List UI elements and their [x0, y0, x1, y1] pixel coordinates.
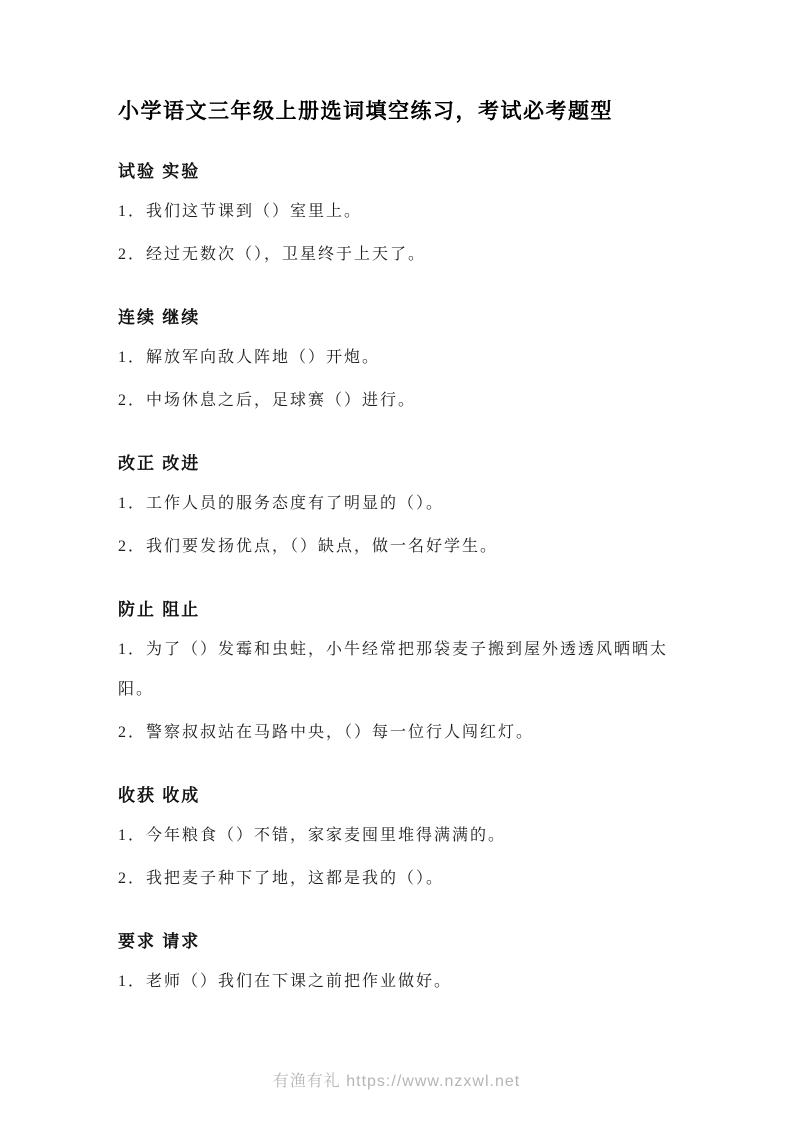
- exercise-sentence: 1．我们这节课到（）室里上。: [118, 192, 678, 232]
- exercise-sentence: 2．经过无数次（），卫星终于上天了。: [118, 235, 678, 275]
- exercise-sentence: 2．中场休息之后，足球赛（）进行。: [118, 381, 678, 421]
- exercise-sentence: 1．老师（）我们在下课之前把作业做好。: [118, 962, 678, 1002]
- worksheet-page: 小学语文三年级上册选词填空练习，考试必考题型 试验 实验 1．我们这节课到（）室…: [0, 0, 793, 1122]
- exercise-sentence: 1．工作人员的服务态度有了明显的（）。: [118, 484, 678, 524]
- exercise-section-gaizheng: 改正 改进 1．工作人员的服务态度有了明显的（）。 2．我们要发扬优点，（）缺点…: [118, 444, 678, 567]
- exercise-section-shiyan: 试验 实验 1．我们这节课到（）室里上。 2．经过无数次（），卫星终于上天了。: [118, 152, 678, 275]
- word-pair-heading: 防止 阻止: [118, 590, 678, 630]
- watermark-footer: 有渔有礼 https://www.nzxwl.net: [0, 1072, 793, 1092]
- exercise-section-yaoqiu: 要求 请求 1．老师（）我们在下课之前把作业做好。: [118, 922, 678, 1002]
- word-pair-heading: 试验 实验: [118, 152, 678, 192]
- exercise-section-fangzhi: 防止 阻止 1．为了（）发霉和虫蛀，小牛经常把那袋麦子搬到屋外透透风晒晒太阳。 …: [118, 590, 678, 753]
- page-content: 小学语文三年级上册选词填空练习，考试必考题型 试验 实验 1．我们这节课到（）室…: [0, 0, 793, 1002]
- word-pair-heading: 改正 改进: [118, 444, 678, 484]
- word-pair-heading: 连续 继续: [118, 298, 678, 338]
- exercise-sentence: 2．警察叔叔站在马路中央，（）每一位行人闯红灯。: [118, 713, 678, 753]
- exercise-sentence: 1．今年粮食（）不错，家家麦囤里堆得满满的。: [118, 816, 678, 856]
- page-title: 小学语文三年级上册选词填空练习，考试必考题型: [118, 95, 678, 127]
- exercise-section-shouhuo: 收获 收成 1．今年粮食（）不错，家家麦囤里堆得满满的。 2．我把麦子种下了地，…: [118, 776, 678, 899]
- exercise-sentence: 2．我把麦子种下了地，这都是我的（）。: [118, 859, 678, 899]
- exercise-sentence: 1．解放军向敌人阵地（）开炮。: [118, 338, 678, 378]
- word-pair-heading: 要求 请求: [118, 922, 678, 962]
- exercise-sentence: 1．为了（）发霉和虫蛀，小牛经常把那袋麦子搬到屋外透透风晒晒太阳。: [118, 630, 678, 710]
- word-pair-heading: 收获 收成: [118, 776, 678, 816]
- exercise-section-lianxu: 连续 继续 1．解放军向敌人阵地（）开炮。 2．中场休息之后，足球赛（）进行。: [118, 298, 678, 421]
- exercise-sentence: 2．我们要发扬优点，（）缺点，做一名好学生。: [118, 527, 678, 567]
